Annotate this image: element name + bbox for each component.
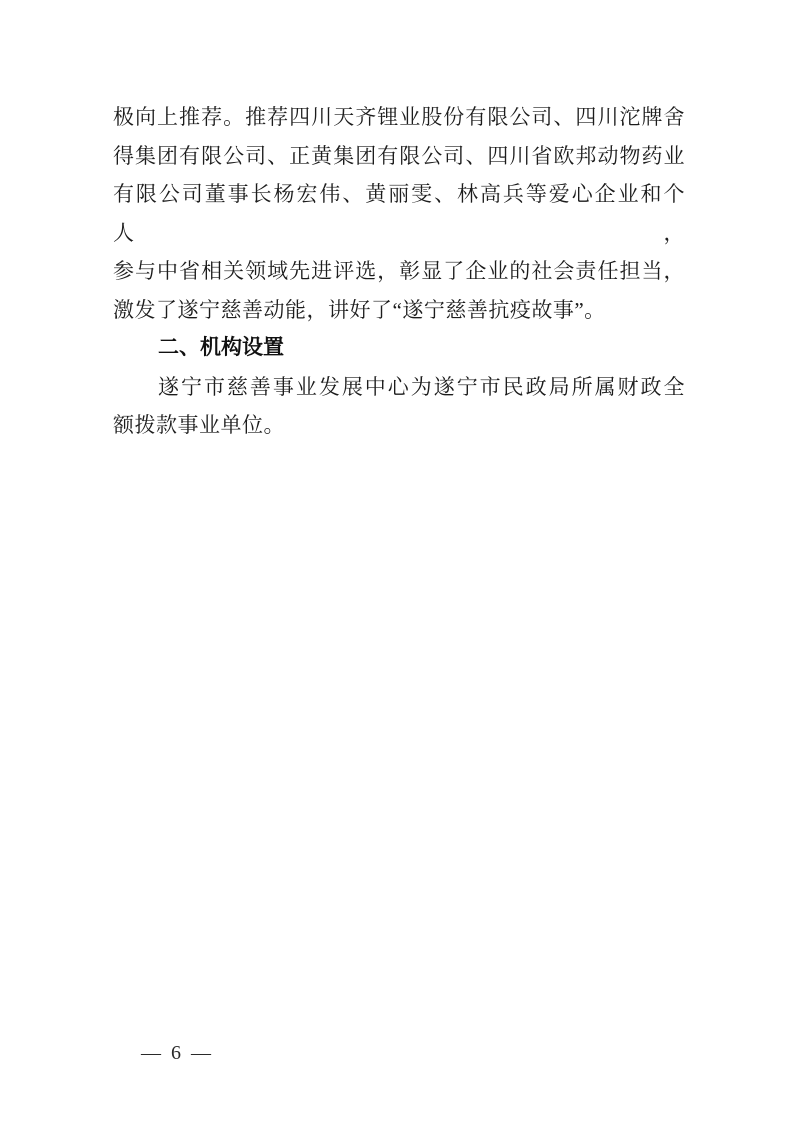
paragraph-line: 极向上推荐。推荐四川天齐锂业股份有限公司、四川沱牌舍: [113, 98, 685, 137]
paragraph-line: 得集团有限公司、正黄集团有限公司、四川省欧邦动物药业: [113, 137, 685, 176]
paragraph-line: 额拨款事业单位。: [113, 406, 685, 445]
paragraph-line: 参与中省相关领域先进评选，彰显了企业的社会责任担当，: [113, 252, 685, 291]
paragraph-line: 有限公司董事长杨宏伟、黄丽雯、林高兵等爱心企业和个人，: [113, 175, 685, 252]
document-body: 极向上推荐。推荐四川天齐锂业股份有限公司、四川沱牌舍 得集团有限公司、正黄集团有…: [113, 98, 685, 445]
section-heading: 二、机构设置: [113, 329, 685, 368]
paragraph-line: 激发了遂宁慈善动能，讲好了“遂宁慈善抗疫故事”。: [113, 291, 685, 330]
page-number: — 6 —: [141, 1040, 211, 1066]
document-page: 极向上推荐。推荐四川天齐锂业股份有限公司、四川沱牌舍 得集团有限公司、正黄集团有…: [0, 0, 793, 1122]
paragraph-line: 遂宁市慈善事业发展中心为遂宁市民政局所属财政全: [113, 368, 685, 407]
